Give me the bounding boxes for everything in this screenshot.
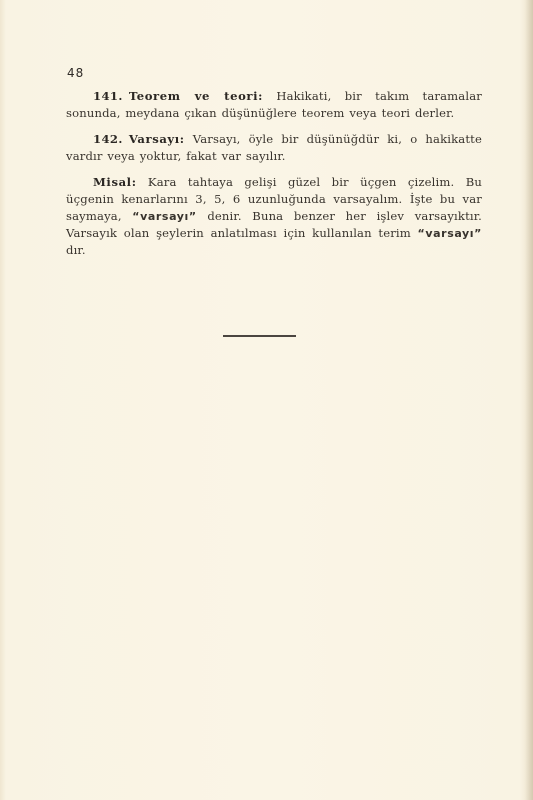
example-label: Misal [93,175,132,189]
example-text: dır. [66,243,86,257]
page-body: 141.Teorem ve teori: Hakikati, bir takım… [66,88,482,259]
book-page: 48 141.Teorem ve teori: Hakikati, bir ta… [0,0,533,800]
term-varsayi: “varsayı” [132,210,196,223]
section-number: 142. [93,132,123,146]
page-number: 48 [67,66,84,80]
page-edge-shadow [525,0,533,800]
term-varsayi: “varsayı” [418,227,482,240]
section-142: 142.Varsayı: Varsayı, öyle bir düşünüğdü… [66,131,482,165]
section-divider [223,335,296,337]
example-paragraph: Misal: Kara tahtaya gelişi güzel bir üçg… [66,174,482,259]
section-number: 141. [93,89,123,103]
section-heading: Teorem ve teori [129,89,258,103]
section-heading: Varsayı [129,132,180,146]
section-141: 141.Teorem ve teori: Hakikati, bir takım… [66,88,482,122]
